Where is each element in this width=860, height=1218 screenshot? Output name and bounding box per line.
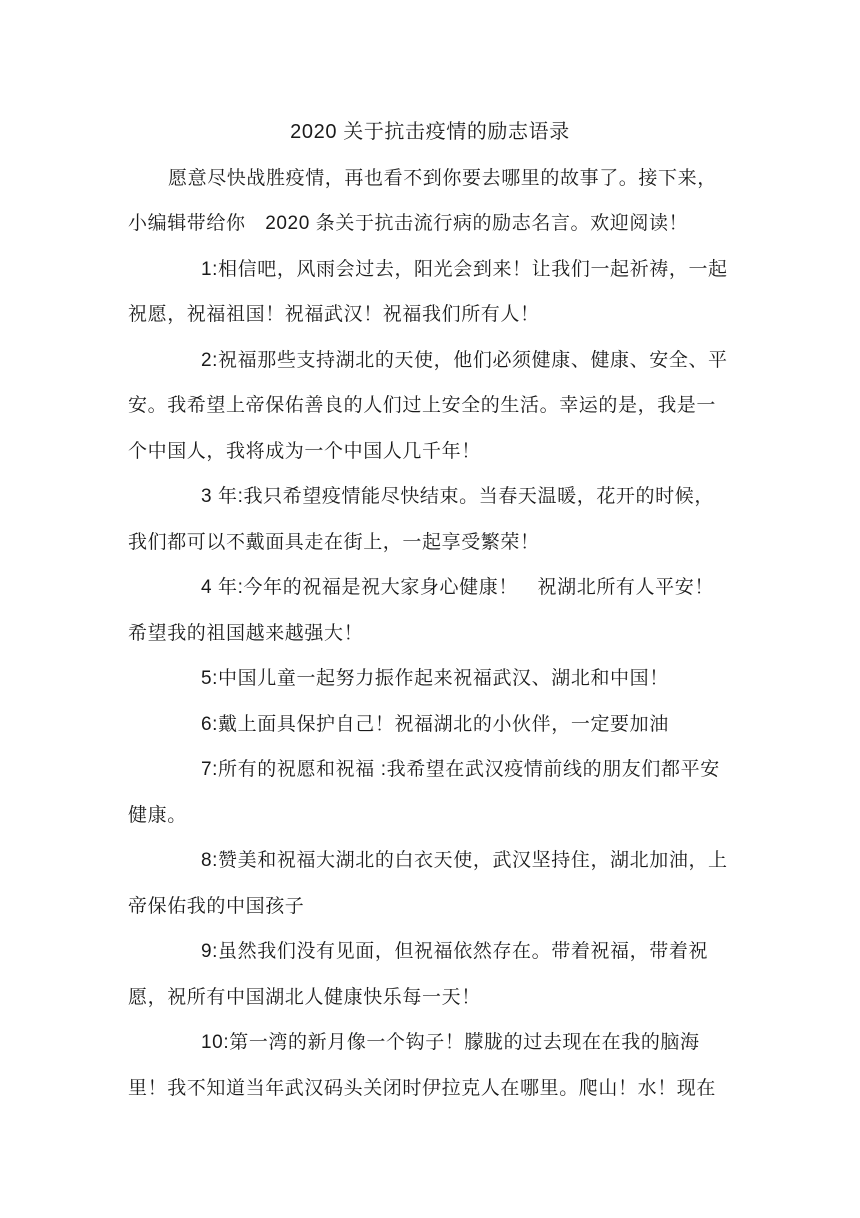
quote-item-10: 10:第一湾的新月像一个钩子！朦胧的过去现在在我的脑海里！我不知道当年武汉码头关…	[128, 1020, 732, 1111]
quote-item-8: 8:赞美和祝福大湖北的白衣天使，武汉坚持住，湖北加油，上帝保佑我的中国孩子	[128, 838, 732, 929]
quote-item-1: 1:相信吧，风雨会过去，阳光会到来！让我们一起祈祷，一起祝愿，祝福祖国！祝福武汉…	[128, 247, 732, 338]
quote-item-7: 7:所有的祝愿和祝福 :我希望在武汉疫情前线的朋友们都平安健康。	[128, 747, 732, 838]
quote-item-6: 6:戴上面具保护自己！祝福湖北的小伙伴，一定要加油	[128, 702, 732, 748]
quote-item-5: 5:中国儿童一起努力振作起来祝福武汉、湖北和中国！	[128, 656, 732, 702]
document-title: 2020 关于抗击疫情的励志语录	[128, 110, 732, 156]
intro-paragraph: 愿意尽快战胜疫情，再也看不到你要去哪里的故事了。接下来，小编辑带给你 2020 …	[128, 156, 732, 247]
quote-item-2: 2:祝福那些支持湖北的天使，他们必须健康、健康、安全、平安。我希望上帝保佑善良的…	[128, 338, 732, 475]
document-page: 2020 关于抗击疫情的励志语录 愿意尽快战胜疫情，再也看不到你要去哪里的故事了…	[0, 0, 860, 1218]
quote-item-9: 9:虽然我们没有见面，但祝福依然存在。带着祝福，带着祝愿，祝所有中国湖北人健康快…	[128, 929, 732, 1020]
quote-item-3: 3 年:我只希望疫情能尽快结束。当春天温暖，花开的时候，我们都可以不戴面具走在街…	[128, 474, 732, 565]
quote-item-4: 4 年:今年的祝福是祝大家身心健康！ 祝湖北所有人平安！ 希望我的祖国越来越强大…	[128, 565, 732, 656]
